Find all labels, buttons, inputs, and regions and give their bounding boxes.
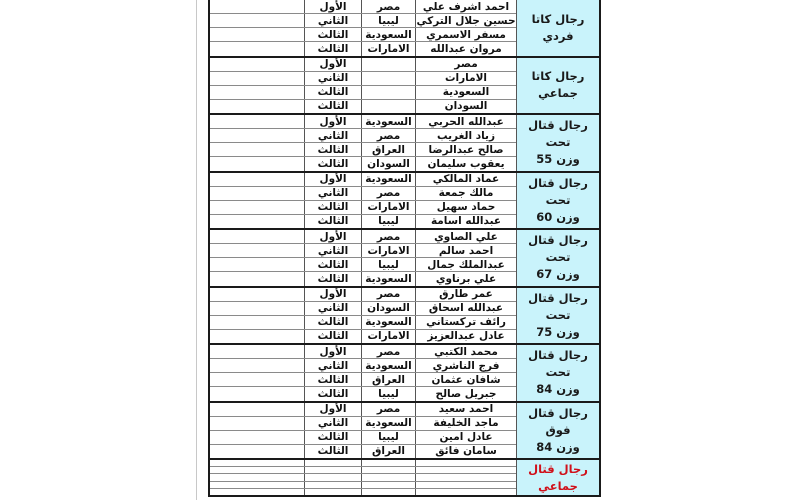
table-row: عمر طارقمصرالأول	[210, 288, 516, 302]
country-cell	[361, 100, 415, 113]
table-row	[210, 474, 516, 481]
rank-cell: الأول	[304, 288, 361, 301]
table-row: محمد الكتبيمصرالأول	[210, 345, 516, 359]
country-cell	[361, 460, 415, 466]
country-cell	[361, 482, 415, 488]
country-cell: العراق	[361, 445, 415, 458]
rank-cell: الأول	[304, 173, 361, 186]
country-cell: مصر	[361, 0, 415, 13]
results-table: رجال كاتا فردياحمد اشرف عليمصرالأولحسين …	[208, 0, 601, 497]
notes-cell	[210, 474, 304, 480]
athlete-name-cell: السودان	[415, 100, 516, 113]
rank-cell: الثاني	[304, 302, 361, 315]
result-rows: عمر طارقمصرالأولعبدالله اسحاقالسودانالثا…	[210, 288, 516, 344]
table-row: جبريل صالحليبياالثالث	[210, 387, 516, 400]
table-row: عبدالله اسامةليبياالثالث	[210, 215, 516, 228]
notes-cell	[210, 288, 304, 301]
athlete-name-cell: عمر طارق	[415, 288, 516, 301]
notes-cell	[210, 373, 304, 386]
category-label: رجال كاتا جماعي	[516, 58, 599, 114]
result-rows: عبدالله الحربيالسعوديةالأولزياد الغريبمص…	[210, 115, 516, 171]
notes-cell	[210, 345, 304, 358]
table-row: علي برناويالسعوديةالثالث	[210, 272, 516, 285]
country-cell: ليبيا	[361, 431, 415, 444]
athlete-name-cell: رائف تركستاني	[415, 316, 516, 329]
notes-cell	[210, 489, 304, 495]
table-row: علي الصاويمصرالأول	[210, 230, 516, 244]
country-cell: ليبيا	[361, 14, 415, 27]
table-row: عبدالله الحربيالسعوديةالأول	[210, 115, 516, 129]
notes-cell	[210, 467, 304, 473]
athlete-name-cell: مسفر الاسمري	[415, 28, 516, 41]
rank-cell: الثاني	[304, 72, 361, 85]
rank-cell: الأول	[304, 345, 361, 358]
country-cell: مصر	[361, 403, 415, 416]
table-row: عادل امينليبياالثالث	[210, 431, 516, 445]
table-row: احمد سالمالاماراتالثاني	[210, 244, 516, 258]
country-cell	[361, 86, 415, 99]
country-cell	[361, 58, 415, 71]
notes-cell	[210, 72, 304, 85]
rank-cell: الأول	[304, 0, 361, 13]
table-row: احمد اشرف عليمصرالأول	[210, 0, 516, 14]
athlete-name-cell: عادل امين	[415, 431, 516, 444]
rank-cell: الثالث	[304, 143, 361, 156]
category-group: رجال قتال فوق وزن 84احمد سعيدمصرالأولماج…	[210, 403, 599, 461]
notes-cell	[210, 100, 304, 113]
rank-cell: الثالث	[304, 42, 361, 55]
rank-cell: الثاني	[304, 14, 361, 27]
athlete-name-cell: مروان عبدالله	[415, 42, 516, 55]
athlete-name-cell: عبدالله اسحاق	[415, 302, 516, 315]
country-cell: السعودية	[361, 316, 415, 329]
notes-cell	[210, 230, 304, 243]
notes-cell	[210, 387, 304, 400]
result-rows: مصرالأولالاماراتالثانيالسعوديةالثالثالسو…	[210, 58, 516, 114]
notes-cell	[210, 258, 304, 271]
rank-cell: الثالث	[304, 157, 361, 170]
table-row: مروان عبداللهالاماراتالثالث	[210, 42, 516, 55]
notes-cell	[210, 445, 304, 458]
country-cell: السعودية	[361, 115, 415, 128]
notes-cell	[210, 187, 304, 200]
rank-cell: الثاني	[304, 129, 361, 142]
category-group: رجال قتال تحت وزن 55عبدالله الحربيالسعود…	[210, 115, 599, 173]
rank-cell: الثالث	[304, 431, 361, 444]
athlete-name-cell	[415, 482, 516, 488]
athlete-name-cell: عادل عبدالعزيز	[415, 330, 516, 343]
table-row: شافان عثمانالعراقالثالث	[210, 373, 516, 387]
notes-cell	[210, 482, 304, 488]
athlete-name-cell	[415, 474, 516, 480]
page-edge-line	[196, 0, 197, 500]
rank-cell: الأول	[304, 115, 361, 128]
athlete-name-cell: عبدالله اسامة	[415, 215, 516, 228]
rank-cell: الأول	[304, 58, 361, 71]
athlete-name-cell: السعودية	[415, 86, 516, 99]
table-row: الاماراتالثاني	[210, 72, 516, 86]
notes-cell	[210, 431, 304, 444]
rank-cell: الثالث	[304, 28, 361, 41]
athlete-name-cell: ماجد الخليفة	[415, 417, 516, 430]
athlete-name-cell: جبريل صالح	[415, 387, 516, 400]
notes-cell	[210, 173, 304, 186]
athlete-name-cell: صالح عبدالرضا	[415, 143, 516, 156]
athlete-name-cell: حماد سهيل	[415, 201, 516, 214]
athlete-name-cell	[415, 467, 516, 473]
rank-cell	[304, 489, 361, 495]
table-row: سامان فائقالعراقالثالث	[210, 445, 516, 458]
table-row: مصرالأول	[210, 58, 516, 72]
category-label: رجال قتال تحت وزن 60	[516, 173, 599, 229]
athlete-name-cell: علي برناوي	[415, 272, 516, 285]
notes-cell	[210, 201, 304, 214]
notes-cell	[210, 302, 304, 315]
table-row: السودانالثالث	[210, 100, 516, 113]
rank-cell: الأول	[304, 403, 361, 416]
country-cell: السودان	[361, 157, 415, 170]
country-cell: السعودية	[361, 173, 415, 186]
notes-cell	[210, 215, 304, 228]
country-cell: مصر	[361, 129, 415, 142]
athlete-name-cell	[415, 460, 516, 466]
table-row: مسفر الاسمريالسعوديةالثالث	[210, 28, 516, 42]
category-group: رجال قتال تحت وزن 75عمر طارقمصرالأولعبدا…	[210, 288, 599, 346]
country-cell: الامارات	[361, 330, 415, 343]
rank-cell: الثالث	[304, 330, 361, 343]
country-cell: السعودية	[361, 272, 415, 285]
notes-cell	[210, 58, 304, 71]
table-row: احمد سعيدمصرالأول	[210, 403, 516, 417]
notes-cell	[210, 403, 304, 416]
rank-cell: الثالث	[304, 100, 361, 113]
rank-cell	[304, 467, 361, 473]
category-label: رجال قتال تحت وزن 67	[516, 230, 599, 286]
athlete-name-cell: مالك جمعة	[415, 187, 516, 200]
athlete-name-cell: احمد اشرف علي	[415, 0, 516, 13]
category-label: رجال قتال جماعي	[516, 460, 599, 495]
rank-cell: الثالث	[304, 387, 361, 400]
table-row: السعوديةالثالث	[210, 86, 516, 100]
category-label: رجال قتال فوق وزن 84	[516, 403, 599, 459]
country-cell: مصر	[361, 187, 415, 200]
rank-cell: الأول	[304, 230, 361, 243]
table-row	[210, 460, 516, 467]
athlete-name-cell: زياد الغريب	[415, 129, 516, 142]
notes-cell	[210, 14, 304, 27]
table-row: ماجد الخليفةالسعوديةالثاني	[210, 417, 516, 431]
result-rows	[210, 460, 516, 495]
rank-cell: الثالث	[304, 215, 361, 228]
athlete-name-cell: احمد سعيد	[415, 403, 516, 416]
country-cell: مصر	[361, 345, 415, 358]
notes-cell	[210, 244, 304, 257]
country-cell: ليبيا	[361, 387, 415, 400]
table-row: عبدالملك جمالليبياالثالث	[210, 258, 516, 272]
result-rows: احمد سعيدمصرالأولماجد الخليفةالسعوديةالث…	[210, 403, 516, 459]
rank-cell: الثالث	[304, 272, 361, 285]
country-cell: العراق	[361, 143, 415, 156]
notes-cell	[210, 417, 304, 430]
notes-cell	[210, 272, 304, 285]
category-label: رجال كاتا فردي	[516, 0, 599, 56]
rank-cell: الثاني	[304, 244, 361, 257]
rank-cell: الثاني	[304, 417, 361, 430]
athlete-name-cell: فرج الناشري	[415, 359, 516, 372]
country-cell: الامارات	[361, 201, 415, 214]
rank-cell: الثالث	[304, 316, 361, 329]
category-group: رجال كاتا فردياحمد اشرف عليمصرالأولحسين …	[210, 0, 599, 58]
table-row	[210, 482, 516, 489]
athlete-name-cell: عماد المالكي	[415, 173, 516, 186]
category-group: رجال قتال تحت وزن 84محمد الكتبيمصرالأولف…	[210, 345, 599, 403]
table-row	[210, 489, 516, 495]
notes-cell	[210, 42, 304, 55]
result-rows: عماد المالكيالسعوديةالأولمالك جمعةمصرالث…	[210, 173, 516, 229]
athlete-name-cell: احمد سالم	[415, 244, 516, 257]
result-rows: علي الصاويمصرالأولاحمد سالمالاماراتالثان…	[210, 230, 516, 286]
rank-cell: الثالث	[304, 258, 361, 271]
athlete-name-cell: عبدالله الحربي	[415, 115, 516, 128]
rank-cell	[304, 474, 361, 480]
category-group: رجال كاتا جماعيمصرالأولالاماراتالثانيالس…	[210, 58, 599, 116]
rank-cell	[304, 460, 361, 466]
notes-cell	[210, 28, 304, 41]
country-cell: السعودية	[361, 359, 415, 372]
table-row: عبدالله اسحاقالسودانالثاني	[210, 302, 516, 316]
category-label: رجال قتال تحت وزن 84	[516, 345, 599, 401]
country-cell: السودان	[361, 302, 415, 315]
rank-cell	[304, 482, 361, 488]
athlete-name-cell: يعقوب سليمان	[415, 157, 516, 170]
country-cell: الامارات	[361, 244, 415, 257]
rank-cell: الثاني	[304, 187, 361, 200]
table-row: حماد سهيلالاماراتالثالث	[210, 201, 516, 215]
notes-cell	[210, 460, 304, 466]
notes-cell	[210, 157, 304, 170]
category-group: رجال قتال تحت وزن 67علي الصاويمصرالأولاح…	[210, 230, 599, 288]
rank-cell: الثالث	[304, 445, 361, 458]
country-cell: مصر	[361, 288, 415, 301]
category-group: رجال قتال جماعي	[210, 460, 599, 495]
country-cell: السعودية	[361, 417, 415, 430]
result-rows: احمد اشرف عليمصرالأولحسين جلال التركيليب…	[210, 0, 516, 56]
rank-cell: الثالث	[304, 373, 361, 386]
table-row: حسين جلال التركيليبياالثاني	[210, 14, 516, 28]
notes-cell	[210, 0, 304, 13]
country-cell: ليبيا	[361, 258, 415, 271]
notes-cell	[210, 129, 304, 142]
country-cell: الامارات	[361, 42, 415, 55]
notes-cell	[210, 359, 304, 372]
athlete-name-cell: سامان فائق	[415, 445, 516, 458]
rank-cell: الثالث	[304, 201, 361, 214]
table-row: رائف تركستانيالسعوديةالثالث	[210, 316, 516, 330]
country-cell: ليبيا	[361, 215, 415, 228]
table-row: فرج الناشريالسعوديةالثاني	[210, 359, 516, 373]
table-row: عادل عبدالعزيزالاماراتالثالث	[210, 330, 516, 343]
country-cell	[361, 72, 415, 85]
notes-cell	[210, 86, 304, 99]
notes-cell	[210, 330, 304, 343]
athlete-name-cell: محمد الكتبي	[415, 345, 516, 358]
athlete-name-cell: حسين جلال التركي	[415, 14, 516, 27]
rank-cell: الثالث	[304, 86, 361, 99]
table-row: زياد الغريبمصرالثاني	[210, 129, 516, 143]
athlete-name-cell: علي الصاوي	[415, 230, 516, 243]
country-cell: السعودية	[361, 28, 415, 41]
table-row: مالك جمعةمصرالثاني	[210, 187, 516, 201]
country-cell: مصر	[361, 230, 415, 243]
country-cell	[361, 489, 415, 495]
notes-cell	[210, 115, 304, 128]
country-cell: العراق	[361, 373, 415, 386]
result-rows: محمد الكتبيمصرالأولفرج الناشريالسعوديةال…	[210, 345, 516, 401]
table-row	[210, 467, 516, 474]
athlete-name-cell	[415, 489, 516, 495]
athlete-name-cell: عبدالملك جمال	[415, 258, 516, 271]
table-row: عماد المالكيالسعوديةالأول	[210, 173, 516, 187]
athlete-name-cell: مصر	[415, 58, 516, 71]
category-group: رجال قتال تحت وزن 60عماد المالكيالسعودية…	[210, 173, 599, 231]
athlete-name-cell: الامارات	[415, 72, 516, 85]
table-row: صالح عبدالرضاالعراقالثالث	[210, 143, 516, 157]
notes-cell	[210, 316, 304, 329]
notes-cell	[210, 143, 304, 156]
athlete-name-cell: شافان عثمان	[415, 373, 516, 386]
category-label: رجال قتال تحت وزن 55	[516, 115, 599, 171]
country-cell	[361, 467, 415, 473]
rank-cell: الثاني	[304, 359, 361, 372]
category-label: رجال قتال تحت وزن 75	[516, 288, 599, 344]
table-row: يعقوب سليمانالسودانالثالث	[210, 157, 516, 170]
country-cell	[361, 474, 415, 480]
